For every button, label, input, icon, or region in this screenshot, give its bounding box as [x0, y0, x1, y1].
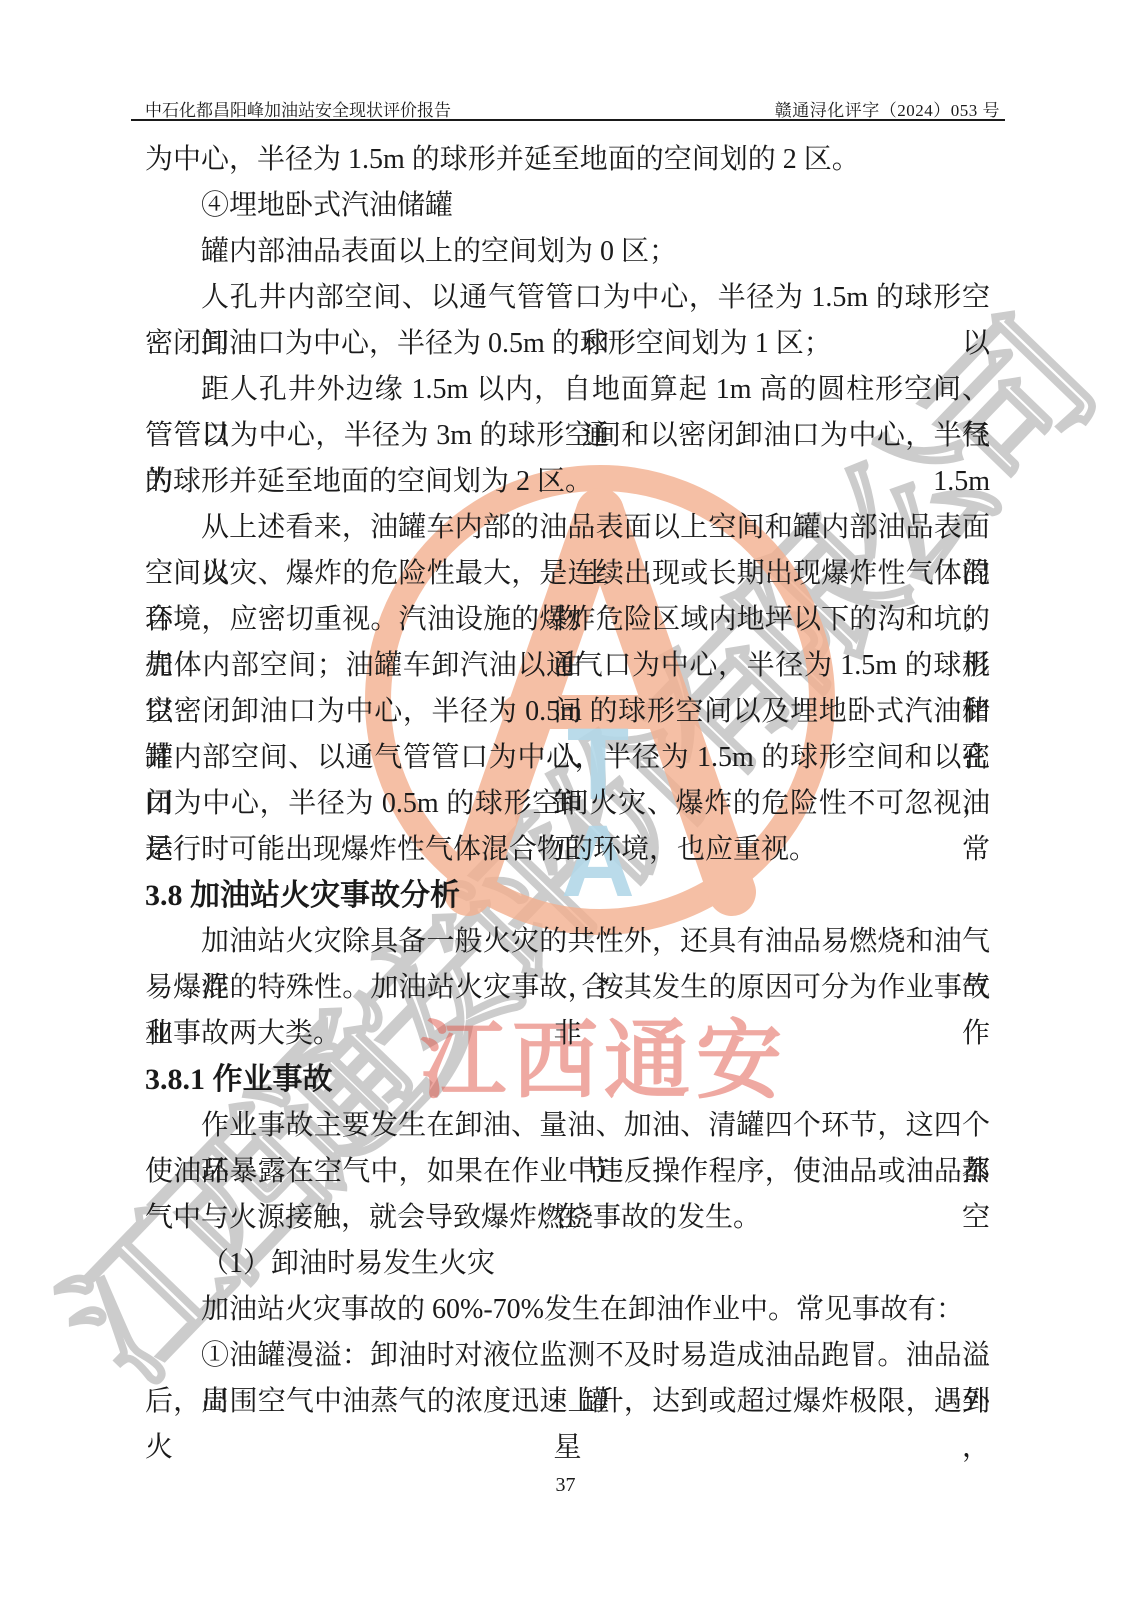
body-line: 距人孔井外边缘 1.5m 以内，自地面算起 1m 高的圆柱形空间、以通气 — [145, 367, 990, 413]
body-line: 壳体内部空间；油罐车卸汽油以通气口为中心，半径为 1.5m 的球形空间和 — [145, 643, 990, 689]
header-divider — [131, 119, 1005, 121]
body-line: 以密闭卸油口为中心，半径为 0.5m 的球形空间以及埋地卧式汽油储罐人孔 — [145, 689, 990, 735]
body-line: 口为中心，半径为 0.5m 的球形空间火灾、爆炸的危险性不可忽视，是正常 — [145, 781, 990, 827]
report-number: 赣通浔化评字（2024）053 号 — [775, 96, 1000, 121]
body-line: 罐内部油品表面以上的空间划为 0 区； — [145, 229, 990, 275]
section-heading: 3.8.1 作业事故 — [145, 1057, 990, 1103]
body-line: 为中心，半径为 1.5m 的球形并延至地面的空间划的 2 区。 — [145, 137, 990, 183]
body-line: ④埋地卧式汽油储罐 — [145, 183, 990, 229]
page-number: 37 — [0, 1474, 1131, 1497]
section-heading: 3.8 加油站火灾事故分析 — [145, 873, 990, 919]
content-layer: 中石化都昌阳峰加油站安全现状评价报告 赣通浔化评字（2024）053 号 为中心… — [0, 0, 1131, 1600]
body-line: 管管口为中心，半径为 3m 的球形空间和以密闭卸油口为中心，半径为 1.5m — [145, 413, 990, 459]
page-header: 中石化都昌阳峰加油站安全现状评价报告 赣通浔化评字（2024）053 号 — [145, 96, 1000, 121]
body-line: 人孔井内部空间、以通气管管口为中心，半径为 1.5m 的球形空间和以 — [145, 275, 990, 321]
body-line: 空间火灾、爆炸的危险性最大，是连续出现或长期出现爆炸性气体混合物的 — [145, 551, 990, 597]
body-line: 加油站火灾除具备一般火灾的共性外，还具有油品易燃烧和油气混合气 — [145, 919, 990, 965]
body-line: 加油站火灾事故的 60%-70%发生在卸油作业中。常见事故有： — [145, 1287, 990, 1333]
body-lines: 为中心，半径为 1.5m 的球形并延至地面的空间划的 2 区。④埋地卧式汽油储罐… — [145, 137, 990, 1425]
body-line: ①油罐漫溢：卸油时对液位监测不及时易造成油品跑冒。油品溢出罐外 — [145, 1333, 990, 1379]
body-line: 使油品暴露在空气中，如果在作业中违反操作程序，使油品或油品蒸气在空 — [145, 1149, 990, 1195]
body-line: 井内部空间、以通气管管口为中心，半径为 1.5m 的球形空间和以密闭卸油 — [145, 735, 990, 781]
body-line: 易爆炸的特殊性。加油站火灾事故，按其发生的原因可分为作业事故和非作 — [145, 965, 990, 1011]
body-line: （1）卸油时易发生火灾 — [145, 1241, 990, 1287]
report-title: 中石化都昌阳峰加油站安全现状评价报告 — [145, 96, 451, 121]
body-line: 后，周围空气中油蒸气的浓度迅速上升，达到或超过爆炸极限，遇到火星， — [145, 1379, 990, 1425]
body-line: 环境，应密切重视。汽油设施的爆炸危险区域内地坪以下的沟和坑；加油机 — [145, 597, 990, 643]
body-line: 作业事故主要发生在卸油、量油、加油、清罐四个环节，这四个环节都 — [145, 1103, 990, 1149]
body-line: 从上述看来，油罐车内部的油品表面以上空间和罐内部油品表面以上的 — [145, 505, 990, 551]
document-page: 江西通安评价有限公司 T A 江西通安 中石化都昌阳峰加油站安全现状评价报告 赣… — [0, 0, 1131, 1600]
